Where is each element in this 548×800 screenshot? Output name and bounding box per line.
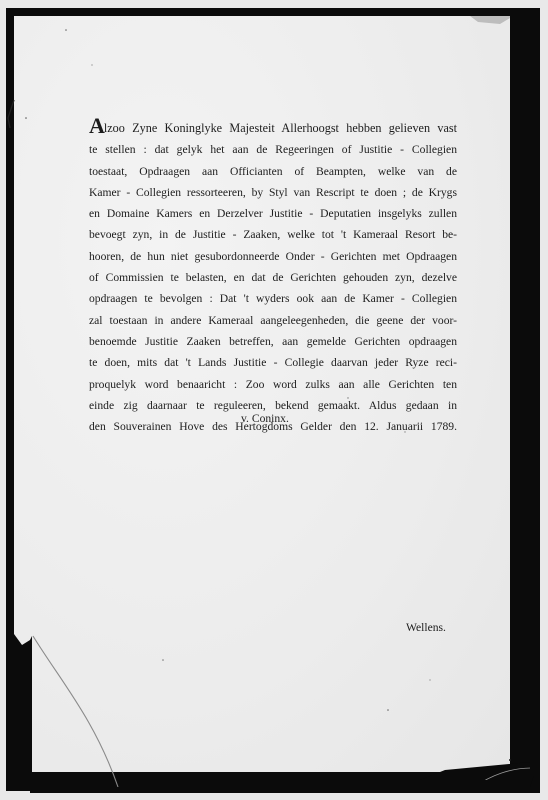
text-line-8: of Commissien te belasten, en dat de Ger… — [89, 267, 457, 288]
text-line-5: en Domaine Kamers en Derzelver Justitie … — [89, 203, 457, 224]
page-edge-highlight — [533, 16, 536, 776]
text-line-7: hooren, de hun niet gesubordonneerde Ond… — [89, 246, 457, 267]
ordinance-text: Alzoo Zyne Koninglyke Majesteit Allerhoo… — [89, 118, 457, 437]
signature-wellens: Wellens. — [406, 621, 446, 634]
text-line-9: opdraagen te bevolgen : Dat 't wyders oo… — [89, 288, 457, 309]
text-line-2: te stellen : dat gelyk het aan de Regeer… — [89, 139, 457, 160]
text-line-1: Alzoo Zyne Koninglyke Majesteit Allerhoo… — [89, 118, 457, 139]
text-line-12: te doen, mits dat 't Lands Justitie - Co… — [89, 352, 457, 373]
text-line-10: zal toestaan in andere Kameraal aangelee… — [89, 310, 457, 331]
text-line-3: toestaat, Opdraagen aan Officianten of B… — [89, 161, 457, 182]
text-line-13: proquelyk word benaaricht : Zoo word zul… — [89, 374, 457, 395]
text-line-6: bevoegt zyn, in de Justitie - Zaaken, we… — [89, 224, 457, 245]
drop-cap: A — [89, 113, 104, 138]
text-line-4: Kamer - Collegien ressorteeren, by Styl … — [89, 182, 457, 203]
signature-coninx: v. Coninx. — [241, 412, 289, 425]
text-line-11: benoemde Justitie Zaaken betreffen, aan … — [89, 331, 457, 352]
